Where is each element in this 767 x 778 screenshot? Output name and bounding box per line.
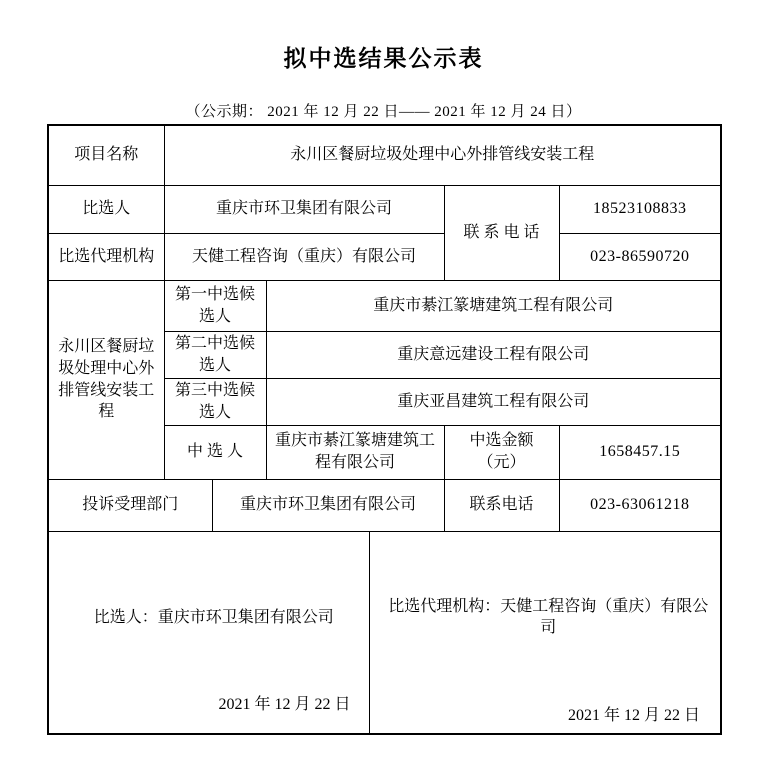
signature-cell-agency: 比选代理机构：天健工程咨询（重庆）有限公司 2021 年 12 月 22 日	[369, 531, 721, 734]
table-row-project: 项目名称 永川区餐厨垃圾处理中心外排管线安装工程	[48, 125, 721, 185]
agency-phone-value: 023-86590720	[559, 233, 721, 280]
candidate-1-label: 第一中选候选人	[164, 280, 266, 331]
contact-phone-label: 联 系 电 话	[444, 185, 559, 280]
project-name-value: 永川区餐厨垃圾处理中心外排管线安装工程	[164, 125, 721, 185]
candidate-2-name: 重庆意远建设工程有限公司	[266, 331, 721, 378]
page-title: 拟中选结果公示表	[0, 0, 767, 73]
complaint-dept-value: 重庆市环卫集团有限公司	[212, 479, 444, 531]
candidate-2-label: 第二中选候选人	[164, 331, 266, 378]
signature-agency-name: 比选代理机构：天健工程咨询（重庆）有限公司	[378, 596, 713, 639]
amount-label: 中选金额（元）	[444, 425, 559, 479]
winner-label: 中 选 人	[164, 425, 266, 479]
selector-value: 重庆市环卫集团有限公司	[164, 185, 444, 233]
table-row-signatures: 比选人：重庆市环卫集团有限公司 2021 年 12 月 22 日 比选代理机构：…	[48, 531, 721, 734]
result-table: 项目名称 永川区餐厨垃圾处理中心外排管线安装工程 比选人 重庆市环卫集团有限公司…	[47, 124, 722, 735]
selector-label: 比选人	[48, 185, 164, 233]
publicity-period: （公示期： 2021 年 12 月 22 日—— 2021 年 12 月 24 …	[0, 100, 767, 121]
signature-selector-date: 2021 年 12 月 22 日	[57, 694, 361, 716]
complaint-phone-label: 联系电话	[444, 479, 559, 531]
winner-name: 重庆市綦江篆塘建筑工程有限公司	[266, 425, 444, 479]
candidate-1-name: 重庆市綦江篆塘建筑工程有限公司	[266, 280, 721, 331]
candidate-3-label: 第三中选候选人	[164, 378, 266, 425]
signature-cell-selector: 比选人：重庆市环卫集团有限公司 2021 年 12 月 22 日	[48, 531, 369, 734]
agency-label: 比选代理机构	[48, 233, 164, 280]
table-row-selector: 比选人 重庆市环卫集团有限公司 联 系 电 话 18523108833	[48, 185, 721, 233]
document-page: 拟中选结果公示表 （公示期： 2021 年 12 月 22 日—— 2021 年…	[0, 0, 767, 778]
selector-phone-value: 18523108833	[559, 185, 721, 233]
table-row-agency: 比选代理机构 天健工程咨询（重庆）有限公司 023-86590720	[48, 233, 721, 280]
table-row-candidate-1: 永川区餐厨垃圾处理中心外排管线安装工程 第一中选候选人 重庆市綦江篆塘建筑工程有…	[48, 280, 721, 331]
signature-agency-date: 2021 年 12 月 22 日	[378, 705, 713, 727]
amount-value: 1658457.15	[559, 425, 721, 479]
project-name-label: 项目名称	[48, 125, 164, 185]
signature-selector-name: 比选人：重庆市环卫集团有限公司	[57, 607, 361, 629]
complaint-phone-value: 023-63061218	[559, 479, 721, 531]
complaint-dept-label: 投诉受理部门	[48, 479, 212, 531]
table-row-complaint: 投诉受理部门 重庆市环卫集团有限公司 联系电话 023-63061218	[48, 479, 721, 531]
candidate-3-name: 重庆亚昌建筑工程有限公司	[266, 378, 721, 425]
agency-value: 天健工程咨询（重庆）有限公司	[164, 233, 444, 280]
project-merged-cell: 永川区餐厨垃圾处理中心外排管线安装工程	[48, 280, 164, 479]
